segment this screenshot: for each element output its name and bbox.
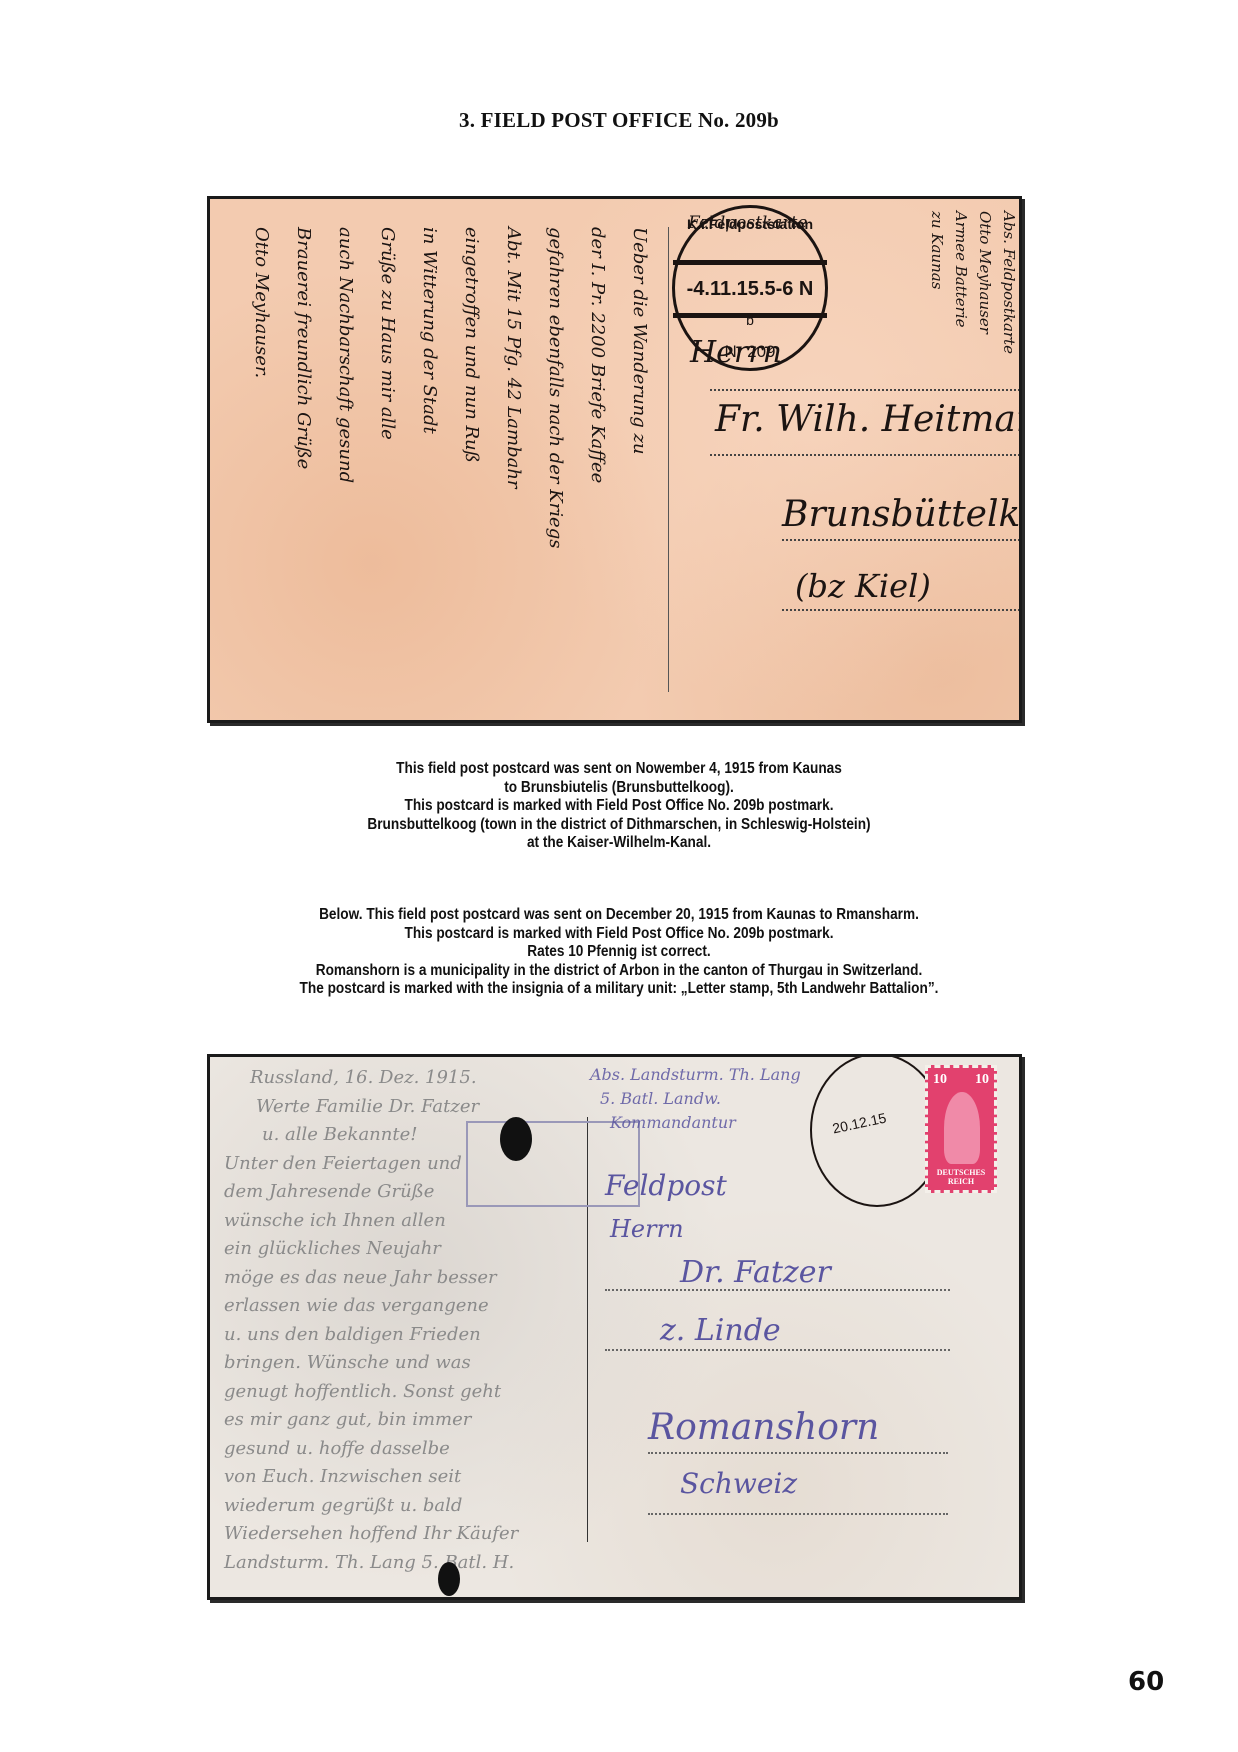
message-line: wünsche ich Ihnen allen xyxy=(224,1210,446,1231)
message-line: ein glückliches Neujahr xyxy=(224,1238,441,1259)
address-dotted-line xyxy=(782,539,1020,541)
caption-line: Below. This field post postcard was sent… xyxy=(74,906,1163,925)
message-line: wiederum gegrüßt u. bald xyxy=(224,1495,462,1516)
caption-line: Brunsbuttelkoog (town in the district of… xyxy=(74,816,1163,835)
address-dotted-line xyxy=(605,1289,950,1291)
message-line: in Witterung der Stadt xyxy=(419,227,440,434)
address-line-1: Herrn xyxy=(690,335,782,370)
sender-line: Abs. Landsturm. Th. Lang xyxy=(590,1065,801,1084)
punch-hole xyxy=(500,1117,532,1161)
caption-line: This postcard is marked with Field Post … xyxy=(74,925,1163,944)
postcard-front-2: Russland, 16. Dez. 1915.Werte Familie Dr… xyxy=(207,1054,1022,1600)
stamp-value: 10 xyxy=(933,1072,947,1088)
caption-line: at the Kaiser-Wilhelm-Kanal. xyxy=(74,834,1163,853)
address-line-4: Romanshorn xyxy=(648,1407,879,1448)
address-dotted-line xyxy=(648,1513,948,1515)
address-line-5: Schweiz xyxy=(680,1467,797,1500)
caption-line: to Brunsbiutelis (Brunsbuttelkoog). xyxy=(74,779,1163,798)
sender-line: Kommandantur xyxy=(610,1113,736,1132)
message-line: gefahren ebenfalls nach der Kriegs xyxy=(545,227,566,548)
sender-line: Armee Batterie xyxy=(952,211,970,328)
sender-line: zu Kaunas xyxy=(928,211,946,289)
message-line: u. alle Bekannte! xyxy=(262,1124,417,1145)
message-line: genugt hoffentlich. Sonst geht xyxy=(224,1381,501,1402)
address-line-3: z. Linde xyxy=(660,1313,781,1348)
sender-line: 5. Batl. Landw. xyxy=(600,1089,721,1108)
message-line: bringen. Wünsche und was xyxy=(224,1352,471,1373)
message-line: Brauerei freundlich Grüße xyxy=(293,227,314,469)
caption-line: The postcard is marked with the insignia… xyxy=(74,980,1163,999)
caption-line: This field post postcard was sent on Now… xyxy=(74,760,1163,779)
postcard-divider xyxy=(668,227,669,692)
address-line-2: Fr. Wilh. Heitmann xyxy=(715,399,1022,440)
germania-figure-icon xyxy=(944,1092,980,1164)
message-line: Ueber die Wanderung zu xyxy=(629,227,650,455)
message-line: von Euch. Inzwischen seit xyxy=(224,1466,461,1487)
stamp-value: 10 xyxy=(975,1072,989,1088)
address-line-4: (bz Kiel) xyxy=(795,567,931,605)
message-line: Russland, 16. Dez. 1915. xyxy=(250,1067,477,1088)
address-dotted-line xyxy=(782,609,1020,611)
address-line-1: Herrn xyxy=(610,1215,684,1243)
postmark-date: -4.11.15.5-6 N xyxy=(673,260,827,318)
postmark-sub: b xyxy=(675,312,825,328)
address-dotted-line xyxy=(710,389,1020,391)
page-title: 3. FIELD POST OFFICE No. 209b xyxy=(0,108,1238,133)
caption-postcard-1: This field post postcard was sent on Now… xyxy=(74,760,1163,853)
address-dotted-line xyxy=(710,454,1020,456)
paper-texture xyxy=(210,199,1019,720)
message-line: Unter den Feiertagen und xyxy=(224,1153,462,1174)
address-line-3: Brunsbüttelkoog xyxy=(782,494,1022,535)
page-number: 60 xyxy=(1128,1667,1164,1697)
field-postmark: 20.12.15 xyxy=(810,1054,944,1207)
postmark-date: 20.12.15 xyxy=(831,1110,888,1137)
postmark-top-text: K.i.Feldpoststation xyxy=(675,216,825,232)
message-line: dem Jahresende Grüße xyxy=(224,1181,434,1202)
punch-hole xyxy=(438,1562,460,1596)
message-line: Wiedersehen hoffend Ihr Käufer xyxy=(224,1523,518,1544)
sender-line: Abs. Feldpostkarte xyxy=(1000,211,1018,354)
postage-stamp: 10 10 DEUTSCHES REICH xyxy=(925,1065,997,1193)
caption-postcard-2: Below. This field post postcard was sent… xyxy=(74,906,1163,999)
field-post-label: Feldpost xyxy=(605,1169,727,1202)
message-line: eingetroffen und nun Ruß xyxy=(461,227,482,463)
address-dotted-line xyxy=(605,1349,950,1351)
caption-line: This postcard is marked with Field Post … xyxy=(74,797,1163,816)
message-line: erlassen wie das vergangene xyxy=(224,1295,489,1316)
message-line: Landsturm. Th. Lang 5. Batl. H. xyxy=(224,1552,514,1573)
message-line: der I. Pr. 2200 Briefe Kaffee xyxy=(587,227,608,483)
message-line: u. uns den baldigen Frieden xyxy=(224,1324,481,1345)
postcard-front-1: Ueber die Wanderung zuder I. Pr. 2200 Br… xyxy=(207,196,1022,723)
address-dotted-line xyxy=(648,1452,948,1454)
message-line: Werte Familie Dr. Fatzer xyxy=(256,1096,479,1117)
message-line: auch Nachbarschaft gesund xyxy=(335,227,356,483)
address-line-2: Dr. Fatzer xyxy=(680,1255,831,1290)
message-line: es mir ganz gut, bin immer xyxy=(224,1409,471,1430)
caption-line: Rates 10 Pfennig ist correct. xyxy=(74,943,1163,962)
stamp-country: DEUTSCHES REICH xyxy=(928,1168,994,1186)
message-line: gesund u. hoffe dasselbe xyxy=(224,1438,450,1459)
caption-line: Romanshorn is a municipality in the dist… xyxy=(74,962,1163,981)
message-line: Grüße zu Haus mir alle xyxy=(377,227,398,440)
message-line: möge es das neue Jahr besser xyxy=(224,1267,497,1288)
sender-line: Otto Meyhauser xyxy=(976,211,994,334)
message-line: Abt. Mit 15 Pfg. 42 Lambahr xyxy=(503,227,524,489)
message-line: Otto Meyhauser. xyxy=(251,227,272,378)
